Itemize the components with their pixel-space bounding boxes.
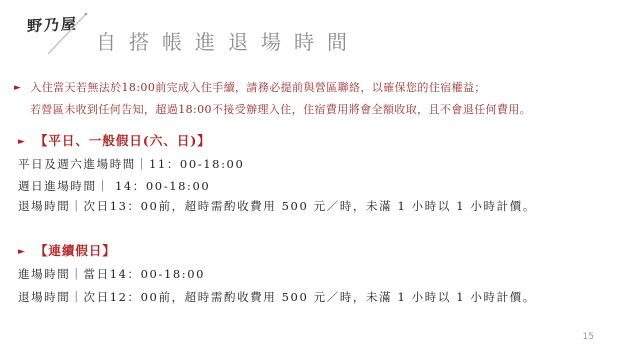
page-number: 15 (583, 332, 594, 342)
slide: 野乃屋 自搭帳進退場時間 ►入住當天若無法於18:00前完成入住手續，請務必提前… (0, 0, 640, 360)
logo-slash-decoration (44, 8, 92, 58)
notice-line-1-text: 入住當天若無法於18:00前完成入住手續，請務必提前與營區聯絡，以確保您的住宿權… (30, 81, 486, 94)
bullet-arrow-icon: ► (14, 83, 21, 93)
page-title: 自搭帳進退場時間 (96, 26, 360, 55)
weekday-exit-time-line: 退場時間｜次日13：00前，超時需酌收費用 500 元／時，未滿 1 小時以 1… (18, 198, 536, 214)
bullet-arrow-icon: ► (18, 247, 26, 257)
holiday-entry-time-line: 進場時間｜當日14：00-18:00 (18, 266, 205, 282)
section-heading-weekday: ►【平日、一般假日(六、日)】 (18, 131, 211, 149)
section-heading-weekday-text: 【平日、一般假日(六、日)】 (35, 133, 211, 148)
section-heading-holiday-text: 【連續假日】 (35, 243, 116, 258)
bullet-arrow-icon: ► (18, 137, 26, 147)
sunday-entry-time-line: 週日進場時間｜ 14：00-18:00 (18, 178, 210, 194)
notice-line-2: 若營區未收到任何告知，超過18:00不接受辦理入住，住宿費用將會全額收取，且不會… (30, 101, 531, 117)
notice-line-1: ►入住當天若無法於18:00前完成入住手續，請務必提前與營區聯絡，以確保您的住宿… (14, 79, 486, 95)
notice-line-2-text: 若營區未收到任何告知，超過18:00不接受辦理入住，住宿費用將會全額收取，且不會… (30, 103, 531, 116)
holiday-exit-time-line: 退場時間｜次日12：00前，超時需酌收費用 500 元／時，未滿 1 小時以 1… (18, 289, 536, 305)
section-heading-holiday: ►【連續假日】 (18, 241, 116, 259)
weekday-entry-time-line: 平日及週六進場時間｜11：00-18:00 (18, 156, 244, 172)
